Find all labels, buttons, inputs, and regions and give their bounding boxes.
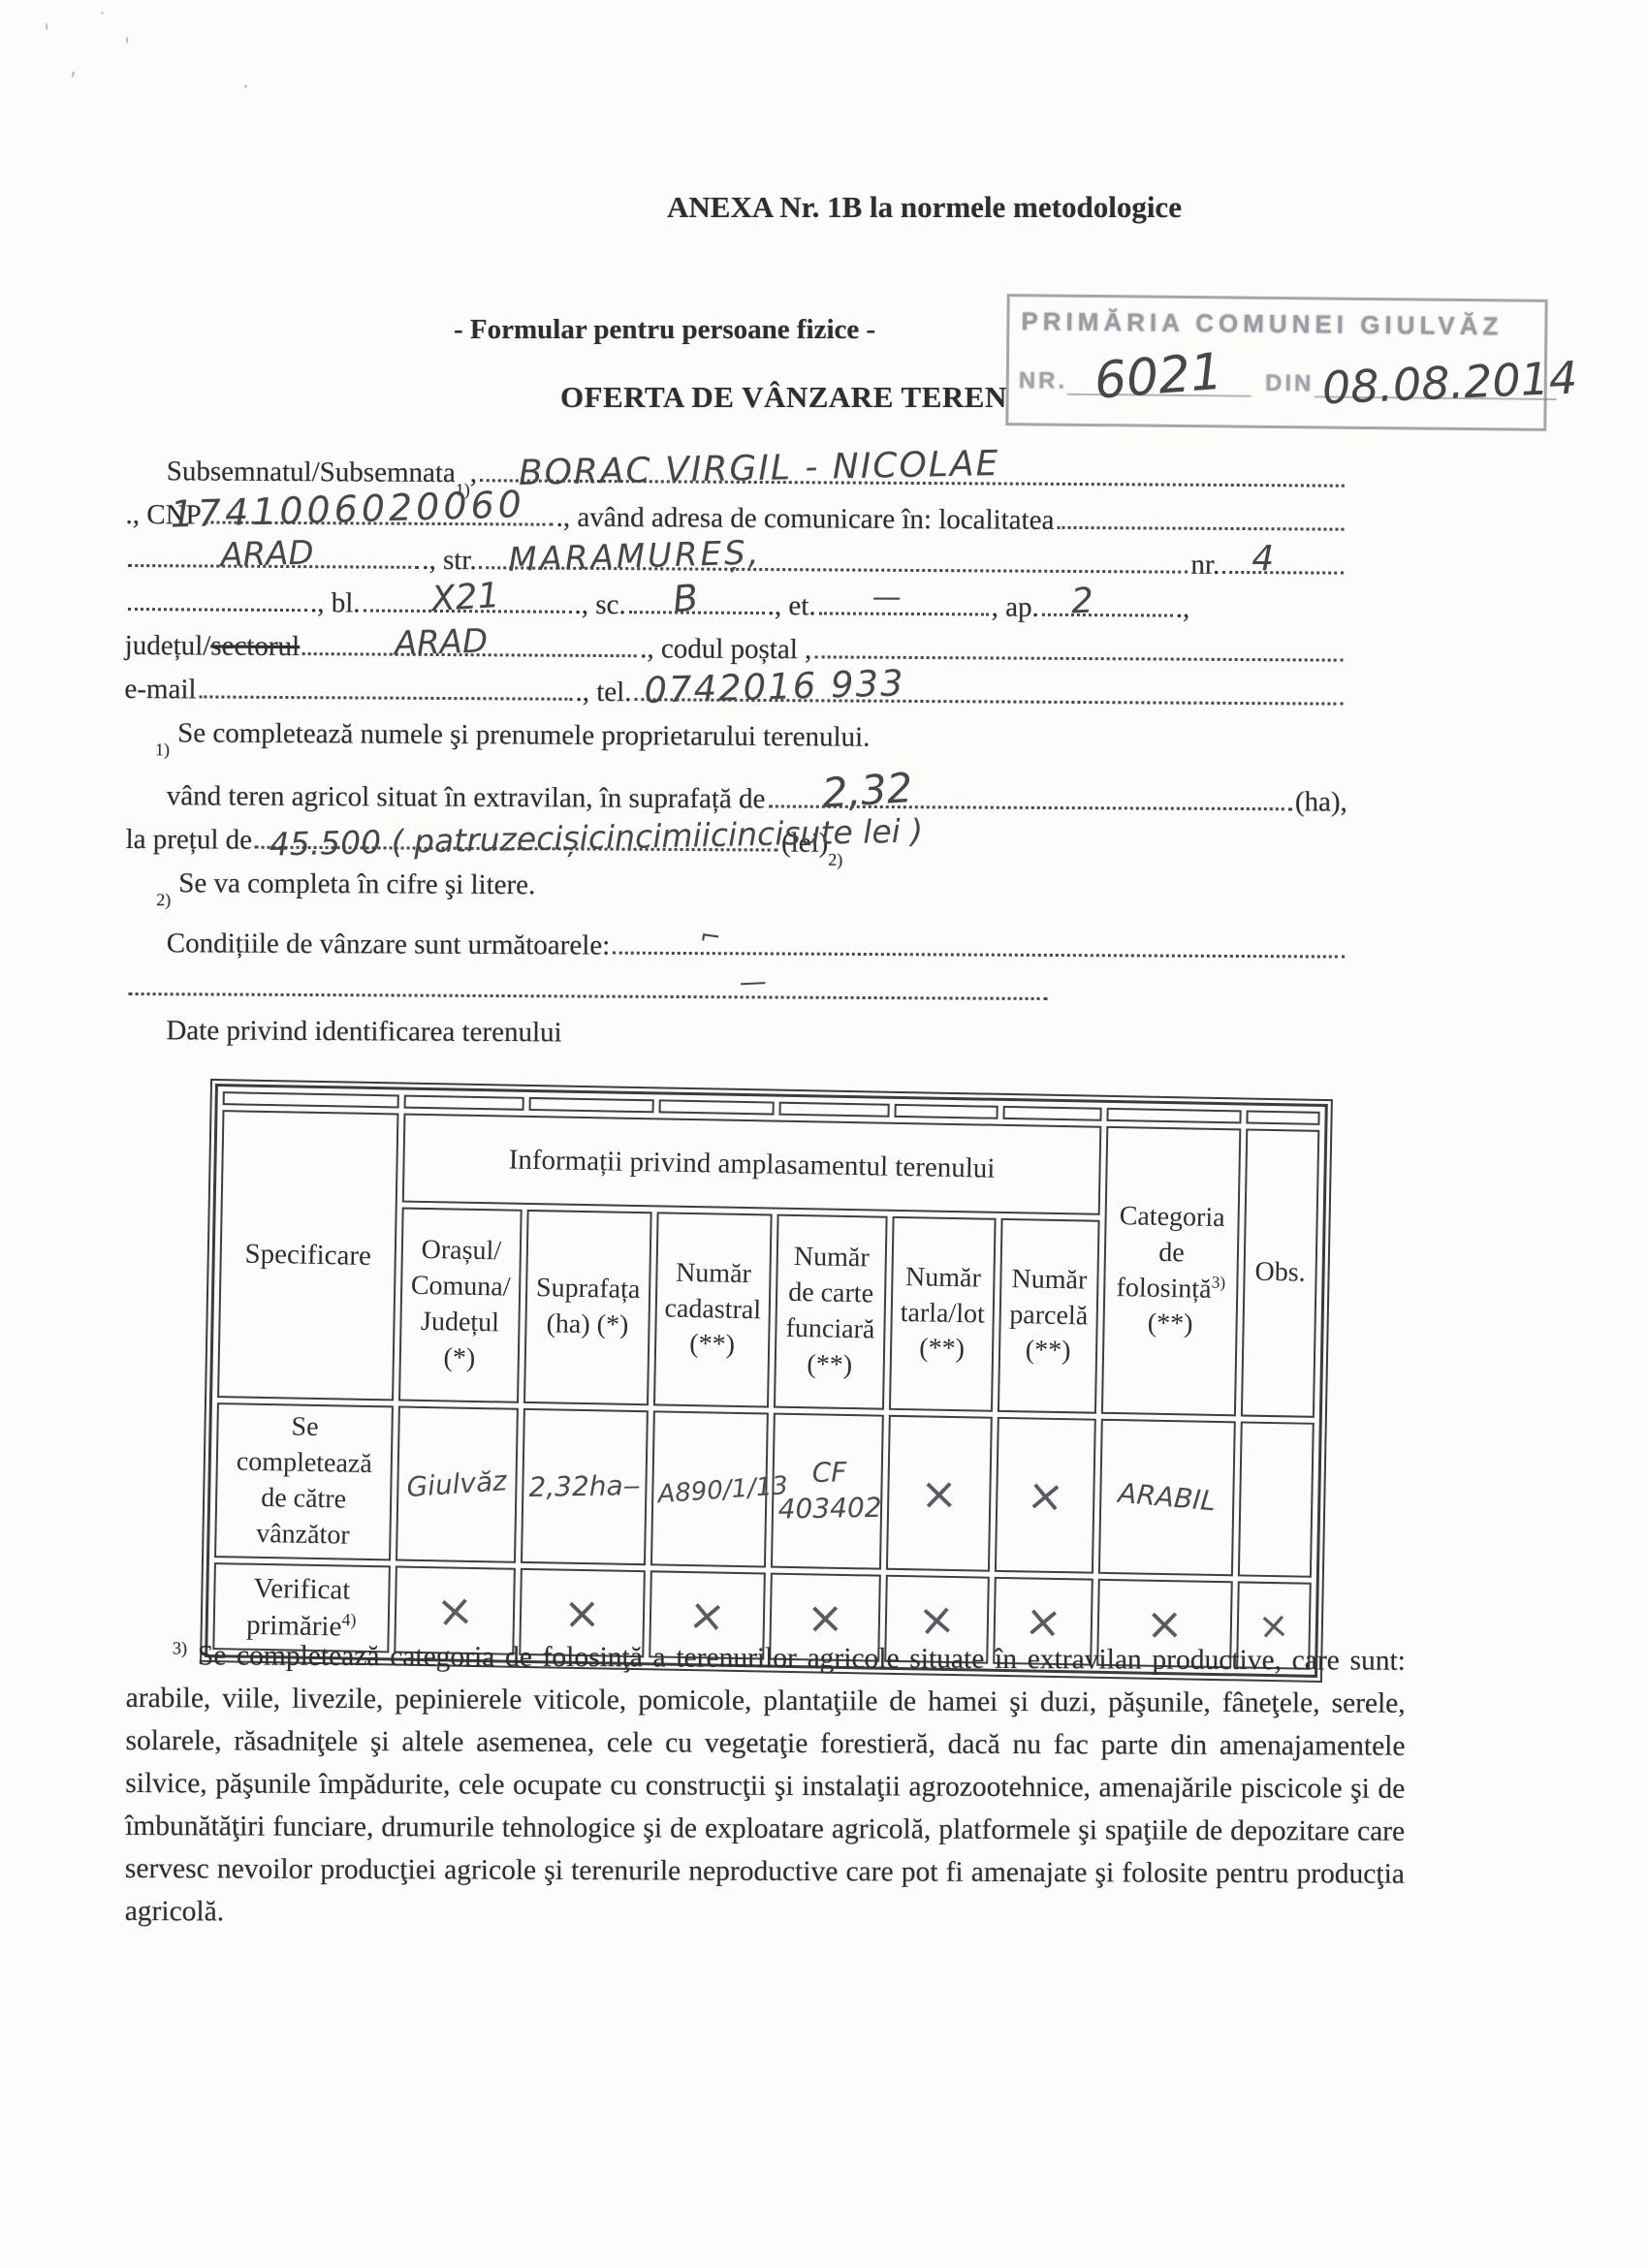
- line4-end: .,: [1176, 592, 1190, 625]
- conditions-line-2: —: [126, 960, 1347, 1010]
- applicant-line-6: e-mail ., tel. 0742016 933: [124, 662, 1346, 713]
- ap-label: , ap.: [992, 590, 1039, 623]
- land-identification-table: Specificare Informații privind amplasame…: [205, 1084, 1322, 1678]
- bl-lead-dots: [128, 608, 307, 612]
- conditions-field-1: ⌐: [613, 952, 1345, 959]
- categoria-text: Categoria de folosință: [1116, 1201, 1225, 1305]
- stamp-din-label: DIN: [1265, 370, 1315, 398]
- et-label: ., et.: [768, 589, 816, 622]
- form-type-subtitle: - Formular pentru persoane fizice -: [454, 314, 875, 346]
- area-field: 2,32: [768, 804, 1291, 810]
- email-field: [199, 695, 572, 700]
- name-field: BORAC VIRGIL - NICOLAE: [480, 479, 1345, 487]
- handwritten-mark-2: —: [739, 968, 767, 996]
- stamp-nr-slot: 6021: [1067, 339, 1252, 397]
- document-title: OFERTA DE VÂNZARE TEREN: [560, 380, 1007, 415]
- footnote3-sup: 3): [173, 1638, 187, 1657]
- footnote-1: 1) Se completează numele şi prenumele pr…: [124, 706, 1346, 757]
- locality-field: ARAD: [128, 564, 419, 569]
- pencil-mark: ,: [70, 56, 77, 80]
- pencil-mark: ': [124, 35, 130, 59]
- sc-label: ., sc.: [574, 588, 625, 621]
- email-label: e-mail: [124, 673, 196, 706]
- handwritten-county: ARAD: [395, 625, 489, 661]
- cell-cadastral: A890/1/13: [650, 1410, 769, 1567]
- handwritten-apartment: 2: [1070, 584, 1094, 620]
- stamp-date-slot: 08.08.2014: [1314, 341, 1557, 400]
- cell-obs: [1238, 1421, 1315, 1577]
- et-field: —: [819, 612, 989, 615]
- handwritten-name: BORAC VIRGIL - NICOLAE: [519, 447, 1000, 491]
- col-obs: Obs.: [1241, 1128, 1319, 1417]
- cell-suprafata: 2,32ha‒: [521, 1408, 649, 1565]
- address-label: ., având adresa de comunicare în: locali…: [556, 501, 1055, 537]
- intro-label: Subsemnatul/Subsemnata: [167, 455, 456, 489]
- handwritten-block: X21: [430, 579, 501, 617]
- postal-field: [814, 655, 1343, 661]
- price-field: 45.500 ( patruzecișicincimiicincisute le…: [255, 846, 778, 852]
- county-label-sector-struck: sectorul: [210, 630, 300, 664]
- sale-line-1: vând teren agricol situat în extravilan,…: [126, 769, 1347, 819]
- nr-label: nr.: [1190, 549, 1220, 582]
- footnote3-ref: 3): [1212, 1273, 1226, 1291]
- registration-stamp: PRIMĂRIA COMUNEI GIULVĂZ NR. 6021 DIN 08…: [1005, 294, 1547, 431]
- pencil-mark: ·: [242, 76, 249, 100]
- handwritten-cnp: 1741006020060: [170, 486, 525, 533]
- footnote1-text: Se completează numele şi prenumele propr…: [177, 716, 870, 753]
- bl-field: X21: [364, 609, 572, 613]
- sale-section: vând teren agricol situat în extravilan,…: [125, 769, 1347, 906]
- col-cadastral: Număr cadastral (**): [653, 1212, 773, 1407]
- row1-label: Se completează de către vânzător: [214, 1402, 394, 1560]
- tel-label: ., tel.: [575, 676, 631, 709]
- applicant-line-3: ARAD ., str. MARAMUREȘ, nr. 4: [125, 531, 1347, 583]
- seller-data-row: Se completează de către vânzător Giulvăz…: [214, 1402, 1315, 1578]
- col-tarla: Număr tarla/lot (**): [889, 1216, 997, 1412]
- footnote-2: 2) Se va completa în cifre şi litere.: [125, 856, 1347, 906]
- cell-carte-funciara: CF 403402: [771, 1413, 884, 1570]
- conditions-line-1: Condițiile de vânzare sunt următoarele: …: [126, 916, 1347, 966]
- sale-line-2: la prețul de 45.500 ( patruzecișicincimi…: [126, 812, 1347, 863]
- conditions-field-2: —: [129, 992, 1048, 1000]
- footnote-3: 3) Se completează categoria de folosinţă…: [125, 1634, 1406, 1938]
- price-label: la prețul de: [126, 823, 253, 857]
- ha-label: (ha),: [1295, 785, 1347, 818]
- col-specificare: Specificare: [217, 1110, 398, 1401]
- footnote4-ref: 4): [341, 1610, 356, 1629]
- scanned-document-page: ' ˙ ' , · ANEXA Nr. 1B la normele metodo…: [0, 0, 1648, 2268]
- group-header-amplasament: Informații privind amplasamentul terenul…: [402, 1114, 1102, 1215]
- pencil-mark: ': [44, 21, 49, 46]
- applicant-line-2: ., CNP 1741006020060 ., având adresa de …: [125, 488, 1347, 539]
- cell-parcela: ×: [995, 1417, 1096, 1574]
- footnote3-text: Se completează categoria de folosinţă a …: [125, 1640, 1406, 1927]
- conditions-label: Condițiile de vânzare sunt următoarele:: [167, 927, 611, 961]
- handwritten-street-number: 4: [1252, 542, 1274, 577]
- stamp-org-name: PRIMĂRIA COMUNEI GIULVĂZ: [1021, 306, 1538, 342]
- handwritten-locality: ARAD: [220, 537, 314, 573]
- county-field: ARAD: [302, 652, 637, 657]
- col-carte-funciara: Număr de carte funciară (**): [774, 1214, 888, 1410]
- handwritten-floor: —: [872, 583, 902, 613]
- street-field: MARAMUREȘ,: [480, 566, 1188, 573]
- applicant-section: Subsemnatul/Subsemnata1) , BORAC VIRGIL …: [124, 444, 1347, 757]
- land-id-title: Date privind identificarea terenului: [166, 1014, 561, 1049]
- applicant-line-5: județul/sectorul ARAD ., codul poștal ,: [125, 618, 1347, 670]
- ap-field: 2: [1042, 614, 1173, 617]
- sc-field: B: [629, 611, 765, 614]
- cell-categoria: ARABIL: [1098, 1419, 1236, 1577]
- land-id-heading: Date privind identificarea terenului: [125, 1003, 1347, 1054]
- handwritten-phone: 0742016 933: [644, 665, 905, 709]
- pencil-mark: ˙: [97, 10, 108, 34]
- street-label: ., str.: [422, 544, 477, 577]
- handwritten-registration-number: 6021: [1093, 347, 1224, 407]
- applicant-line-4: ., bl. X21 ., sc. B ., et. — , ap. 2 .,: [125, 575, 1347, 626]
- handwritten-registration-date: 08.08.2014: [1321, 355, 1578, 410]
- stamp-nr-label: NR.: [1019, 367, 1068, 395]
- nr-field: 4: [1222, 571, 1344, 575]
- handwritten-staircase: B: [671, 579, 700, 617]
- applicant-line-1: Subsemnatul/Subsemnata1) , BORAC VIRGIL …: [126, 444, 1347, 495]
- handwritten-mark-1: ⌐: [699, 924, 723, 952]
- cell-oras: Giulvăz: [396, 1406, 519, 1563]
- categoria-note: (**): [1108, 1306, 1232, 1343]
- cnp-field: 1741006020060: [205, 520, 554, 525]
- col-categoria: Categoria de folosință3) (**): [1101, 1126, 1241, 1416]
- col-suprafata: Suprafața (ha) (*): [523, 1210, 652, 1405]
- postal-label: ., codul poștal ,: [640, 632, 811, 666]
- cell-tarla: ×: [886, 1415, 993, 1572]
- handwritten-area: 2,32: [820, 768, 913, 814]
- annex-title: ANEXA Nr. 1B la normele metodologice: [667, 190, 1182, 225]
- conditions-section: Condițiile de vânzare sunt următoarele: …: [125, 916, 1347, 1054]
- locality-lead-dots: [1057, 526, 1344, 531]
- handwritten-street: MARAMUREȘ,: [508, 536, 762, 577]
- col-oras: Orașul/ Comuna/ Județul (*): [398, 1208, 523, 1403]
- footnote2-text: Se va completa în cifre şi litere.: [178, 866, 535, 901]
- bl-label: ., bl.: [310, 586, 361, 619]
- sale-line1-text: vând teren agricol situat în extravilan,…: [167, 779, 766, 815]
- table-group-header-row: Specificare Informații privind amplasame…: [221, 1110, 1319, 1219]
- col-parcela: Număr parcelă (**): [998, 1218, 1100, 1414]
- tel-field: 0742016 933: [634, 698, 1343, 705]
- county-label: județul/: [125, 629, 211, 663]
